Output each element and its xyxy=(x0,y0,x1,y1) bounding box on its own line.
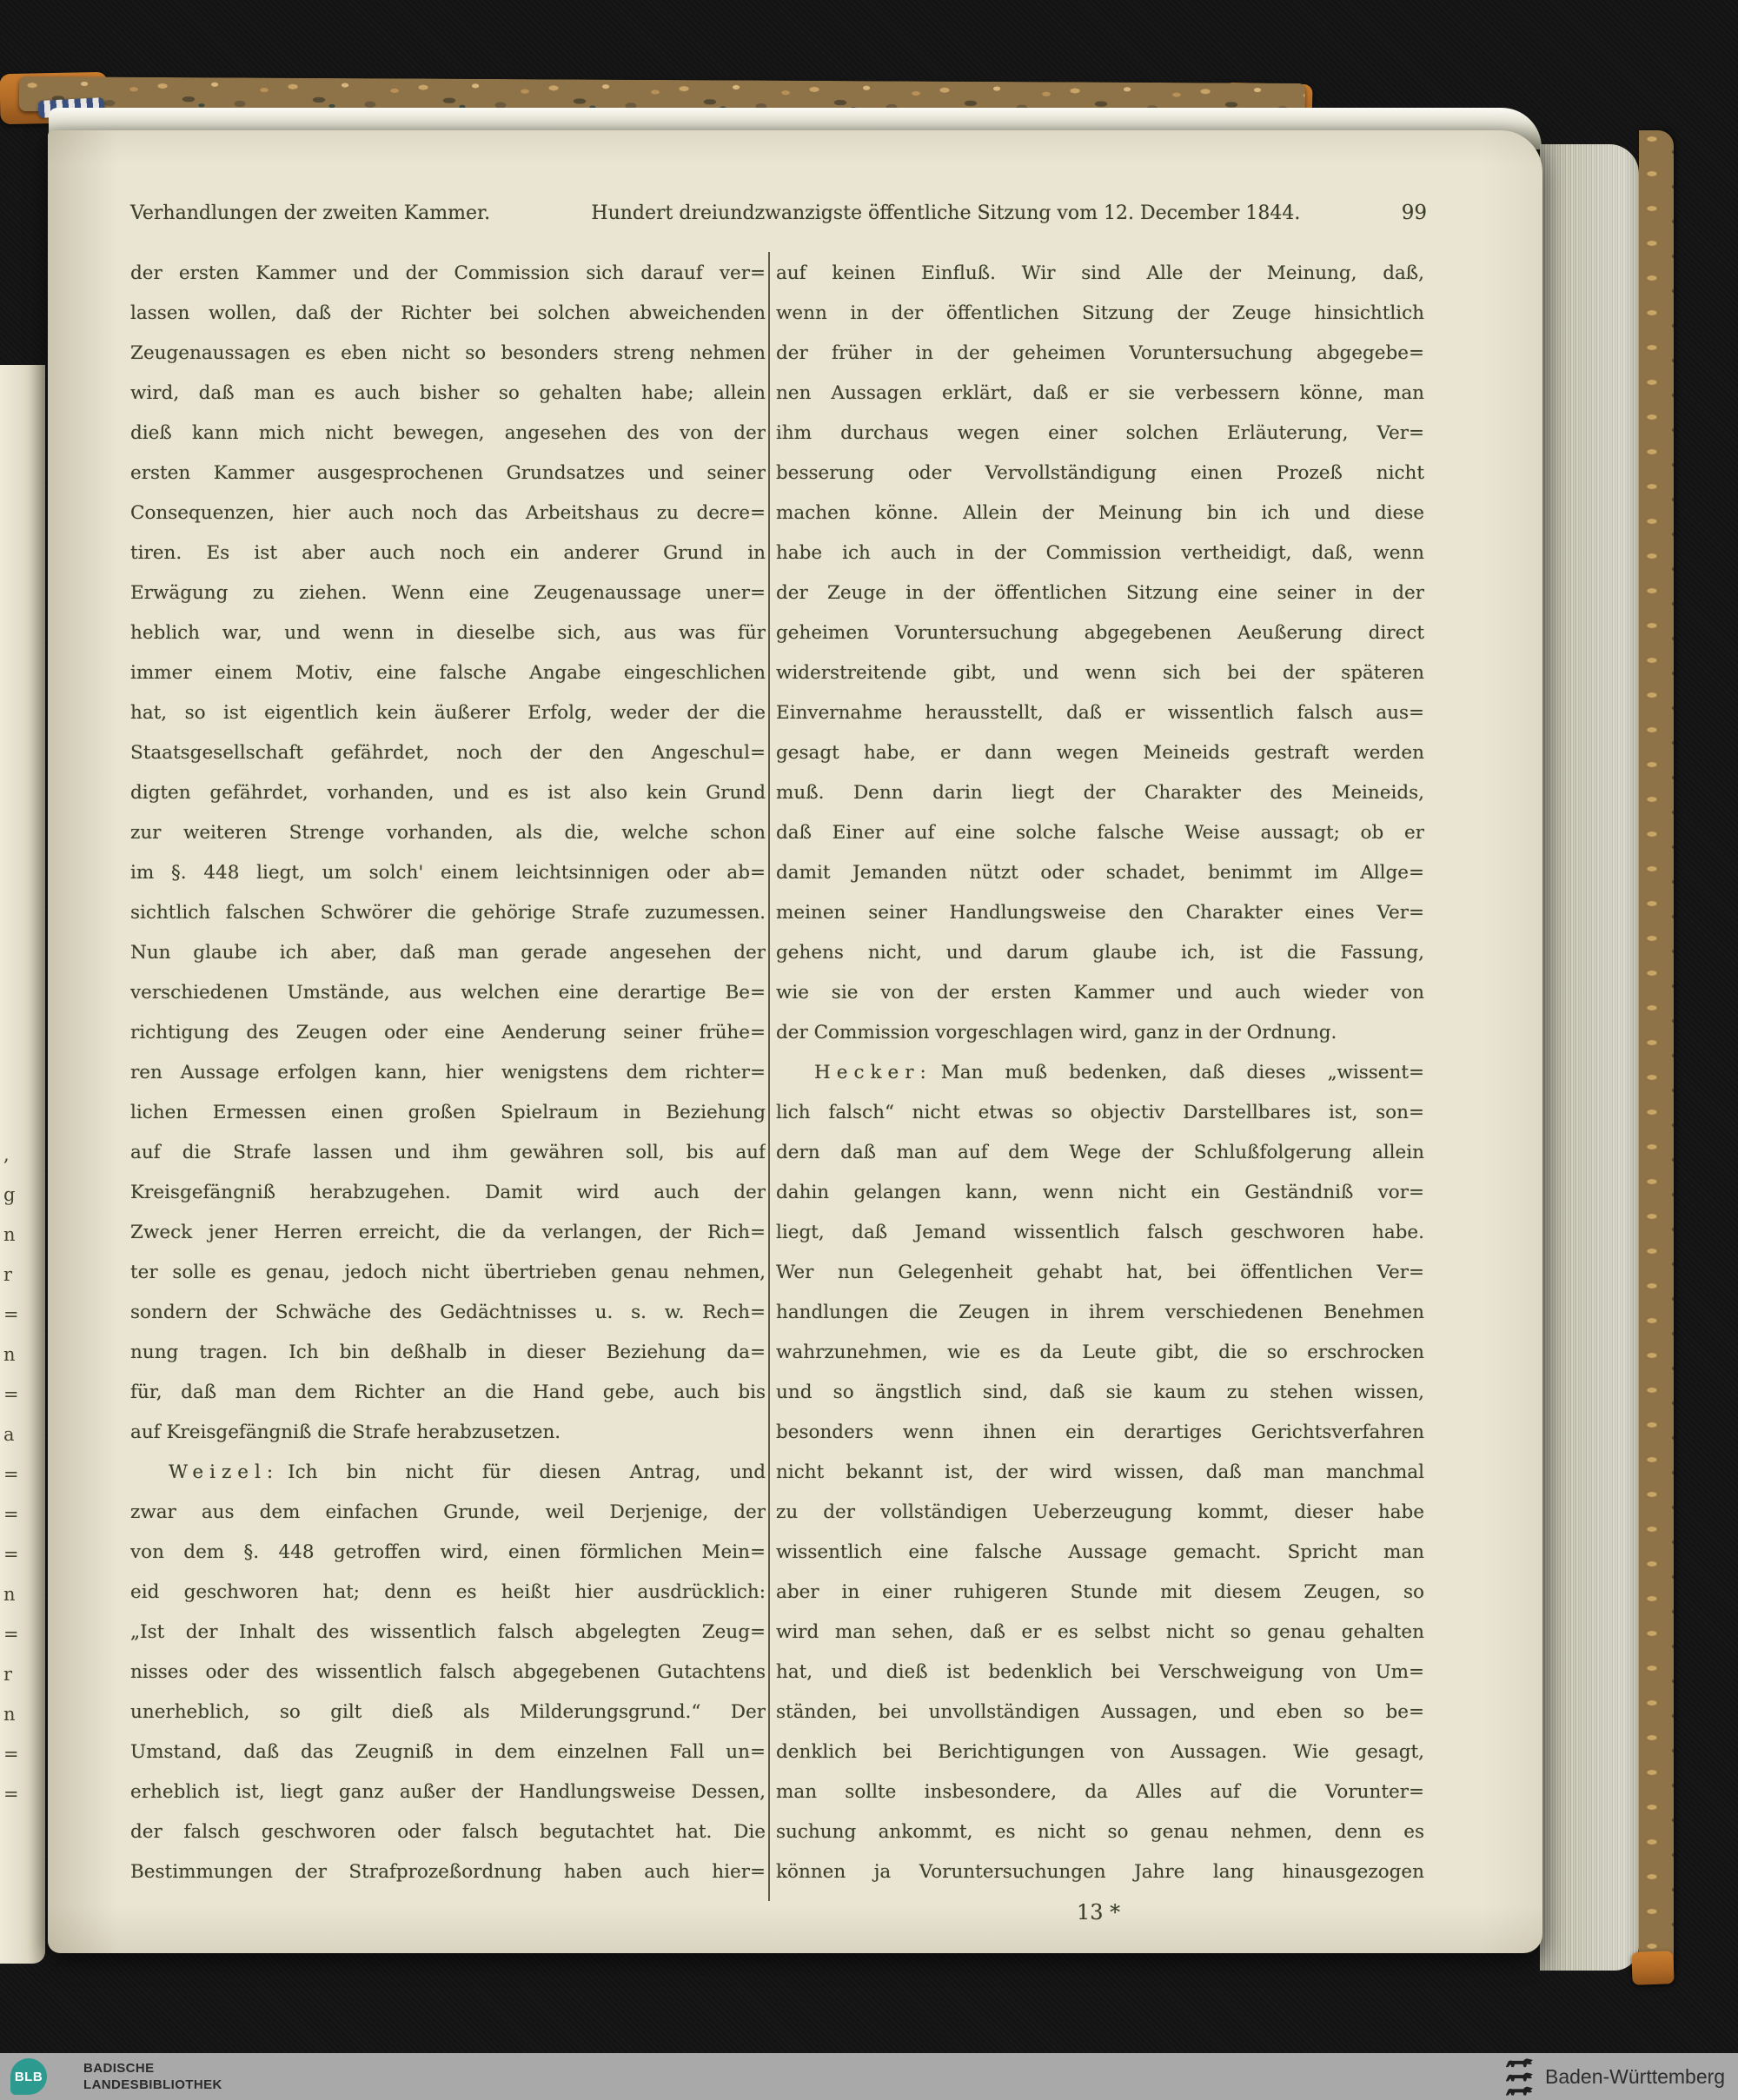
text-line: lich falsch“ nicht etwas so objectiv Dar… xyxy=(776,1093,1424,1133)
text-line: Consequenzen, hier auch noch das Arbeits… xyxy=(130,494,766,533)
text-line: Zweck jener Herren erreicht, die da verl… xyxy=(130,1213,766,1253)
text-line: der Zeuge in der öffentlichen Sitzung ei… xyxy=(776,573,1424,613)
running-header-left: Verhandlungen der zweiten Kammer. xyxy=(130,196,490,231)
letter-fragment: n xyxy=(3,1215,33,1255)
text-line: dern daß man auf dem Wege der Schlußfolg… xyxy=(776,1133,1424,1173)
text-line: nicht bekannt ist, der wird wissen, daß … xyxy=(776,1453,1424,1493)
text-line: Wer nun Gelegenheit gehabt hat, bei öffe… xyxy=(776,1253,1424,1293)
text-line: damit Jemanden nützt oder schadet, benim… xyxy=(776,853,1424,893)
text-line: richtigung des Zeugen oder eine Aenderun… xyxy=(130,1013,766,1053)
gutter-letter-fragments: ,gnr=n=a===n=rn== xyxy=(3,1135,33,1814)
speech-line: Weizel:Ich bin nicht für diesen Antrag, … xyxy=(130,1453,766,1493)
text-column-left: der ersten Kammer und der Commission sic… xyxy=(130,254,766,1892)
running-header: Verhandlungen der zweiten Kammer. Hunder… xyxy=(130,195,1427,230)
letter-fragment: r xyxy=(3,1654,33,1694)
library-name: BADISCHE LANDESBIBLIOTHEK xyxy=(83,2060,222,2093)
text-line: eid geschworen hat; denn es heißt hier a… xyxy=(130,1573,766,1613)
text-line: auf die Strafe lassen und ihm gewähren s… xyxy=(130,1133,766,1173)
page-number: 99 xyxy=(1402,195,1427,230)
running-header-center: Hundert dreiundzwanzigste öffentliche Si… xyxy=(591,196,1300,231)
text-line: Zeugenaussagen es eben nicht so besonder… xyxy=(130,334,766,374)
text-line: lichen Ermessen einen großen Spielraum i… xyxy=(130,1093,766,1133)
text-line: können ja Voruntersuchungen Jahre lang h… xyxy=(776,1852,1424,1892)
text-line: suchung ankommt, es nicht so genau nehme… xyxy=(776,1812,1424,1852)
letter-fragment: = xyxy=(3,1454,33,1494)
text-line: gehens nicht, und darum glaube ich, ist … xyxy=(776,933,1424,973)
text-line: liegt, daß Jemand wissentlich falsch ges… xyxy=(776,1213,1424,1253)
text-line: sondern der Schwäche des Gedächtnisses u… xyxy=(130,1293,766,1333)
text-line: wenn in der öffentlichen Sitzung der Zeu… xyxy=(776,294,1424,334)
letter-fragment: n xyxy=(3,1694,33,1734)
text-line: wird man sehen, daß er es selbst nicht s… xyxy=(776,1613,1424,1653)
text-line: nisses oder des wissentlich falsch abgeg… xyxy=(130,1653,766,1693)
text-line: lassen wollen, daß der Richter bei solch… xyxy=(130,294,766,334)
text-line: meinen seiner Handlungsweise den Charakt… xyxy=(776,893,1424,933)
blb-logo-abbr: BLB xyxy=(15,2070,43,2084)
text-line: auf Kreisgefängniß die Strafe herabzuset… xyxy=(130,1413,766,1453)
text-line: sichtlich falschen Schwörer die gehörige… xyxy=(130,893,766,933)
speaker-name: Weizel: xyxy=(169,1461,279,1483)
text-line: man sollte insbesondere, da Alles auf di… xyxy=(776,1772,1424,1812)
text-line: ersten Kammer ausgesprochenen Grundsatze… xyxy=(130,454,766,494)
state-label: Baden-Württemberg xyxy=(1545,2065,1725,2089)
baden-wuerttemberg-lions-icon xyxy=(1503,2057,1536,2097)
text-line: von dem §. 448 getroffen wird, einen för… xyxy=(130,1533,766,1573)
text-line: wissentlich eine falsche Aussage gemacht… xyxy=(776,1533,1424,1573)
text-line: wird, daß man es auch bisher so gehalten… xyxy=(130,374,766,414)
text-line: wie sie von der ersten Kammer und auch w… xyxy=(776,973,1424,1013)
text-line: Bestimmungen der Strafprozeßordnung habe… xyxy=(130,1852,766,1892)
library-footer-bar: BLB BADISCHE LANDESBIBLIOTHEK Baden-Würt… xyxy=(0,2053,1738,2100)
text-line: Kreisgefängniß herabzugehen. Damit wird … xyxy=(130,1173,766,1213)
text-line: aber in einer ruhigeren Stunde mit diese… xyxy=(776,1573,1424,1613)
letter-fragment: = xyxy=(3,1375,33,1414)
text-line: zur weiteren Strenge vorhanden, als die,… xyxy=(130,813,766,853)
text-line: dahin gelangen kann, wenn nicht ein Gest… xyxy=(776,1173,1424,1213)
letter-fragment: g xyxy=(3,1175,33,1215)
text-line: daß Einer auf eine solche falsche Weise … xyxy=(776,813,1424,853)
speech-line: Hecker:Man muß bedenken, daß dieses „wis… xyxy=(776,1053,1424,1093)
text-line: im §. 448 liegt, um solch' einem leichts… xyxy=(130,853,766,893)
book-page: Verhandlungen der zweiten Kammer. Hunder… xyxy=(48,130,1542,1953)
text-line: muß. Denn darin liegt der Charakter des … xyxy=(776,773,1424,813)
speaker-name: Hecker: xyxy=(814,1062,932,1083)
text-line: ihm durchaus wegen einer solchen Erläute… xyxy=(776,414,1424,454)
text-line: denklich bei Berichtigungen von Aussagen… xyxy=(776,1732,1424,1772)
text-line: der ersten Kammer und der Commission sic… xyxy=(130,254,766,294)
letter-fragment: a xyxy=(3,1414,33,1454)
text-line: gesagt habe, er dann wegen Meineids gest… xyxy=(776,733,1424,773)
letter-fragment: , xyxy=(3,1135,33,1175)
blb-logo-icon: BLB xyxy=(10,2058,47,2095)
text-line: dieß kann mich nicht bewegen, angesehen … xyxy=(130,414,766,454)
text-line: besserung oder Vervollständigung einen P… xyxy=(776,454,1424,494)
text-line: widerstreitende gibt, und wenn sich bei … xyxy=(776,653,1424,693)
letter-fragment: = xyxy=(3,1734,33,1774)
text-line: nung tragen. Ich bin deßhalb in dieser B… xyxy=(130,1333,766,1373)
text-line: ren Aussage erfolgen kann, hier wenigste… xyxy=(130,1053,766,1093)
letter-fragment: r xyxy=(3,1255,33,1295)
text-line: und so ängstlich sind, daß sie kaum zu s… xyxy=(776,1373,1424,1413)
text-line: wahrzunehmen, wie es da Leute gibt, die … xyxy=(776,1333,1424,1373)
library-name-line1: BADISCHE xyxy=(83,2060,222,2077)
text-line: ständen, bei unvollständigen Aussagen, u… xyxy=(776,1693,1424,1732)
text-line: nen Aussagen erklärt, daß er sie verbess… xyxy=(776,374,1424,414)
text-line: der falsch geschworen oder falsch beguta… xyxy=(130,1812,766,1852)
text-line: für, daß man dem Richter an die Hand geb… xyxy=(130,1373,766,1413)
text-line: der früher in der geheimen Voruntersuchu… xyxy=(776,334,1424,374)
text-line: geheimen Voruntersuchung abgegebenen Aeu… xyxy=(776,613,1424,653)
text-line: Staatsgesellschaft gefährdet, noch der d… xyxy=(130,733,766,773)
text-line: zwar aus dem einfachen Grunde, weil Derj… xyxy=(130,1493,766,1533)
marbled-cover-right-edge xyxy=(1639,130,1674,1981)
text-line: machen könne. Allein der Meinung bin ich… xyxy=(776,494,1424,533)
letter-fragment: = xyxy=(3,1614,33,1654)
text-line: der Commission vorgeschlagen wird, ganz … xyxy=(776,1013,1424,1053)
text-line: hat, und dieß ist bedenklich bei Verschw… xyxy=(776,1653,1424,1693)
state-logo-group: Baden-Württemberg xyxy=(1503,2057,1725,2097)
text-line: erheblich ist, liegt ganz außer der Hand… xyxy=(130,1772,766,1812)
text-line: verschiedenen Umstände, aus welchen eine… xyxy=(130,973,766,1013)
text-line: hat, so ist eigentlich kein äußerer Erfo… xyxy=(130,693,766,733)
book-cover-corner-bottom-right xyxy=(1631,1951,1674,1985)
letter-fragment: = xyxy=(3,1494,33,1534)
page-block-fore-edge xyxy=(1540,144,1639,1971)
text-column-right: auf keinen Einfluß. Wir sind Alle der Me… xyxy=(776,254,1424,1932)
text-line: Umstand, daß das Zeugniß in dem einzelne… xyxy=(130,1732,766,1772)
text-line: unerheblich, so gilt dieß als Milderungs… xyxy=(130,1693,766,1732)
letter-fragment: = xyxy=(3,1774,33,1814)
text-line: ter solle es genau, jedoch nicht übertri… xyxy=(130,1253,766,1293)
text-line: immer einem Motiv, eine falsche Angabe e… xyxy=(130,653,766,693)
letter-fragment: = xyxy=(3,1295,33,1335)
text-line: Einvernahme herausstellt, daß er wissent… xyxy=(776,693,1424,733)
letter-fragment: n xyxy=(3,1574,33,1614)
library-name-line2: LANDESBIBLIOTHEK xyxy=(83,2077,222,2093)
text-line: „Ist der Inhalt des wissentlich falsch a… xyxy=(130,1613,766,1653)
text-line: digten gefährdet, vorhanden, und es ist … xyxy=(130,773,766,813)
text-line: handlungen die Zeugen in ihrem verschied… xyxy=(776,1293,1424,1333)
letter-fragment: = xyxy=(3,1534,33,1574)
signature-mark: 13 * xyxy=(776,1892,1424,1932)
text-line: heblich war, und wenn in dieselbe sich, … xyxy=(130,613,766,653)
letter-fragment: n xyxy=(3,1335,33,1375)
text-line: habe ich auch in der Commission vertheid… xyxy=(776,533,1424,573)
text-line: zu der vollständigen Ueberzeugung kommt,… xyxy=(776,1493,1424,1533)
column-divider-rule xyxy=(768,252,770,1901)
text-line: auf keinen Einfluß. Wir sind Alle der Me… xyxy=(776,254,1424,294)
text-line: besonders wenn ihnen ein derartiges Geri… xyxy=(776,1413,1424,1453)
text-line: tiren. Es ist aber auch noch ein anderer… xyxy=(130,533,766,573)
text-line: Nun glaube ich aber, daß man gerade ange… xyxy=(130,933,766,973)
text-line: Erwägung zu ziehen. Wenn eine Zeugenauss… xyxy=(130,573,766,613)
